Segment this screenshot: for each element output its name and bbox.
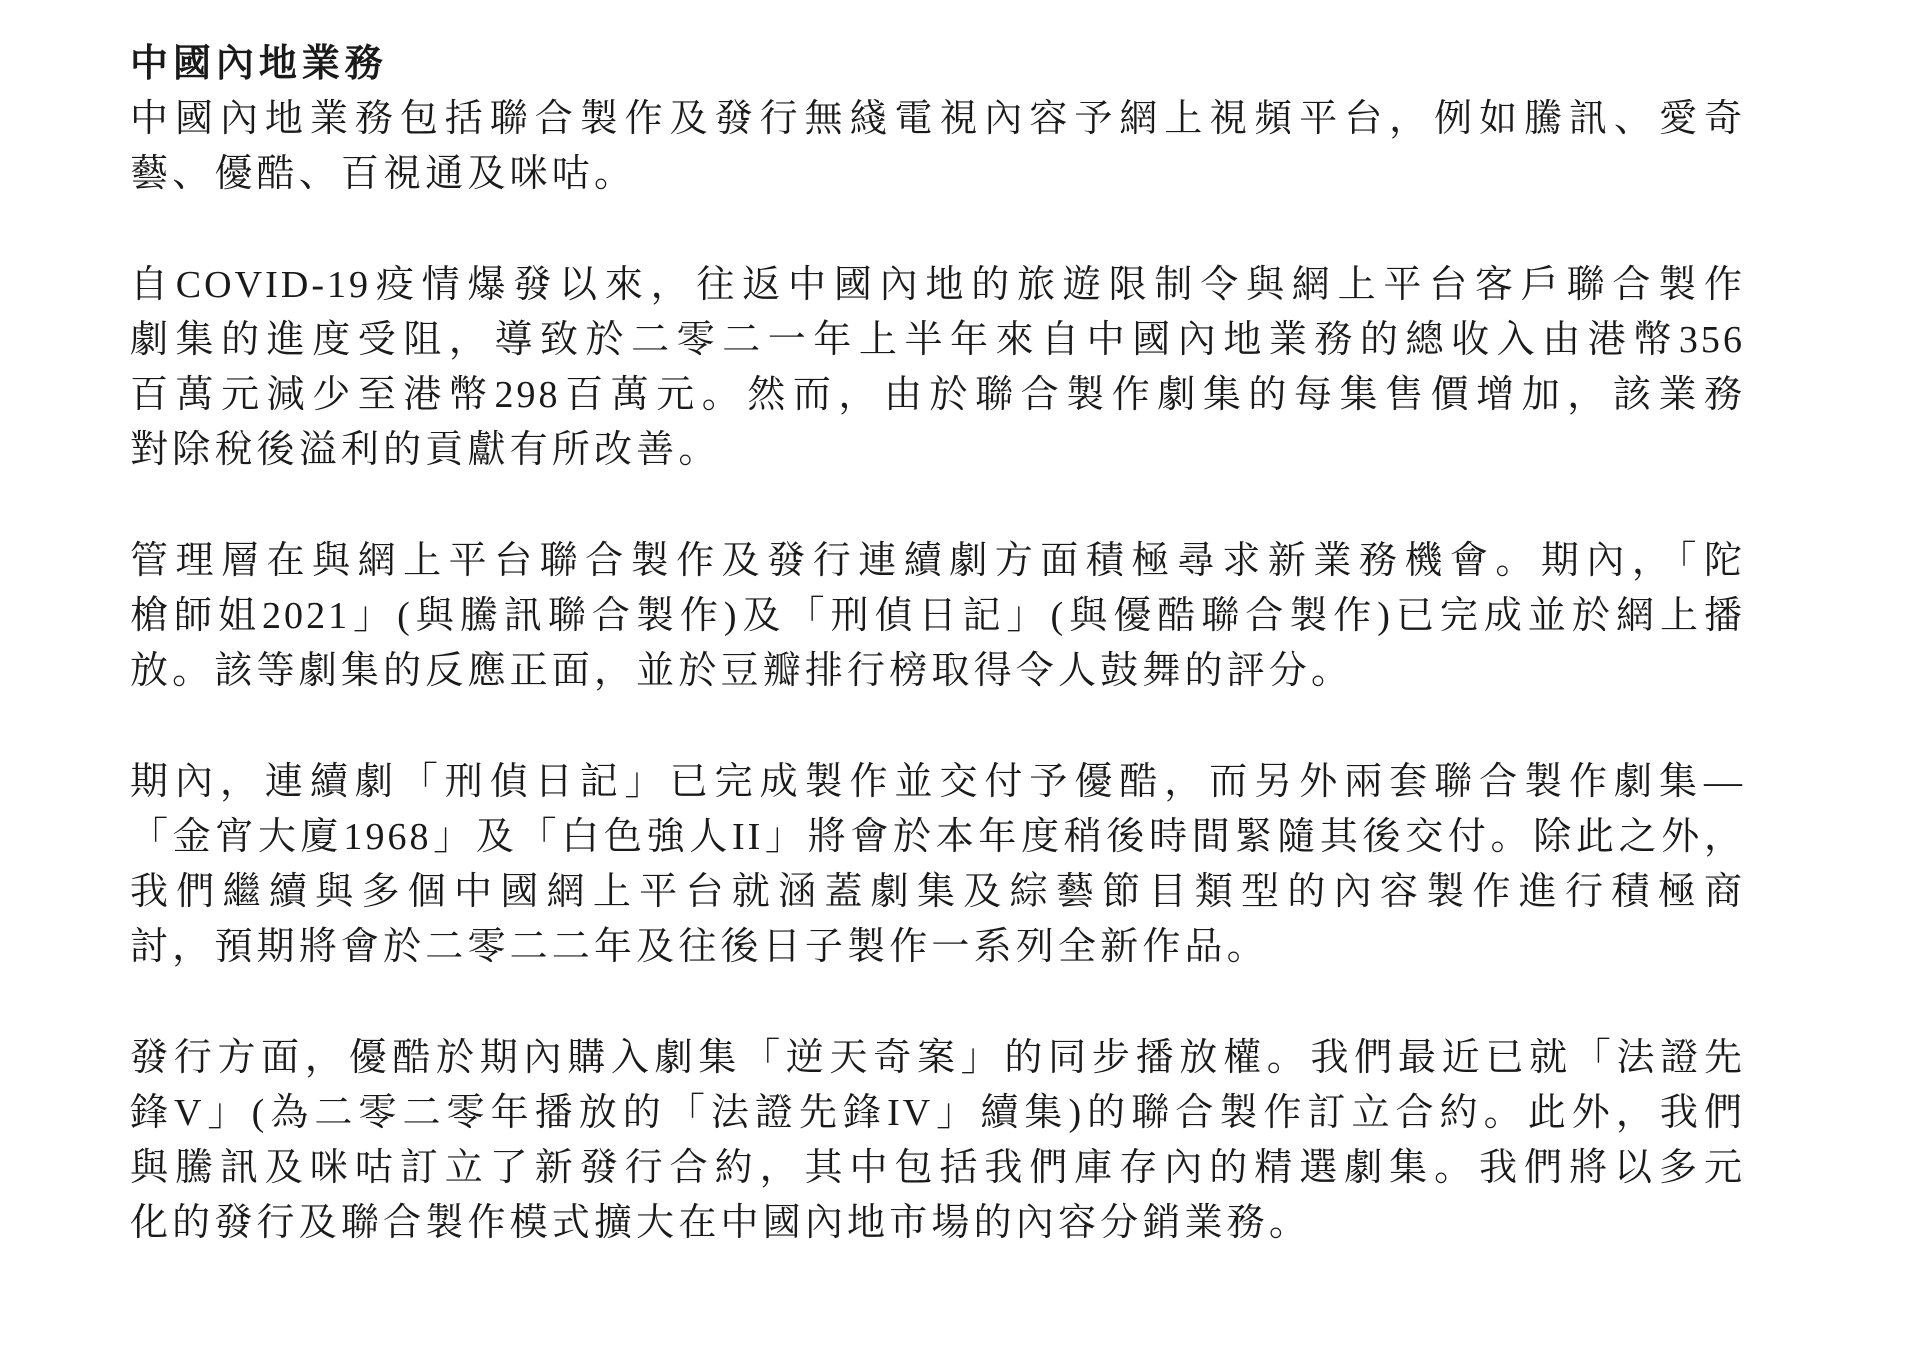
text-line: 藝、優酷、百視通及咪咕。 [130,147,1745,202]
text-line: 期內，連續劇「刑偵日記」已完成製作並交付予優酷，而另外兩套聯合製作劇集— [130,755,1745,810]
text-line: 自COVID-19疫情爆發以來，往返中國內地的旅遊限制令與網上平台客戶聯合製作 [130,258,1745,313]
text-line: 百萬元減少至港幣298百萬元。然而，由於聯合製作劇集的每集售價增加，該業務 [130,368,1745,423]
text-line: 發行方面，優酷於期內購入劇集「逆天奇案」的同步播放權。我們最近已就「法證先 [130,1031,1745,1086]
text-line: 對除稅後溢利的貢獻有所改善。 [130,423,1745,478]
paragraph-covid-impact: 自COVID-19疫情爆發以來，往返中國內地的旅遊限制令與網上平台客戶聯合製作 … [130,258,1745,478]
text-line: 化的發行及聯合製作模式擴大在中國內地市場的內容分銷業務。 [130,1196,1745,1251]
paragraph-distribution: 發行方面，優酷於期內購入劇集「逆天奇案」的同步播放權。我們最近已就「法證先 鋒V… [130,1031,1745,1251]
document-page: 中國內地業務 中國內地業務包括聯合製作及發行無綫電視內容予網上視頻平台，例如騰訊… [130,36,1745,1251]
text-line: 劇集的進度受阻，導致於二零二一年上半年來自中國內地業務的總收入由港幣356 [130,313,1745,368]
text-line: 我們繼續與多個中國網上平台就涵蓋劇集及綜藝節目類型的內容製作進行積極商 [130,865,1745,920]
text-line: 與騰訊及咪咕訂立了新發行合約，其中包括我們庫存內的精選劇集。我們將以多元 [130,1141,1745,1196]
paragraph-upcoming-deliveries: 期內，連續劇「刑偵日記」已完成製作並交付予優酷，而另外兩套聯合製作劇集— 「金宵… [130,755,1745,975]
text-line: 中國內地業務包括聯合製作及發行無綫電視內容予網上視頻平台，例如騰訊、愛奇 [130,92,1745,147]
text-line: 槍師姐2021」(與騰訊聯合製作)及「刑偵日記」(與優酷聯合製作)已完成並於網上… [130,589,1745,644]
text-line: 放。該等劇集的反應正面，並於豆瓣排行榜取得令人鼓舞的評分。 [130,644,1745,699]
text-line: 討，預期將會於二零二二年及往後日子製作一系列全新作品。 [130,920,1745,975]
paragraph-mainland-business-intro: 中國內地業務包括聯合製作及發行無綫電視內容予網上視頻平台，例如騰訊、愛奇 藝、優… [130,92,1745,202]
text-line: 鋒V」(為二零二零年播放的「法證先鋒IV」續集)的聯合製作訂立合約。此外，我們 [130,1086,1745,1141]
section-heading: 中國內地業務 [130,36,1745,92]
text-line: 管理層在與網上平台聯合製作及發行連續劇方面積極尋求新業務機會。期內，「陀 [130,534,1745,589]
text-line: 「金宵大廈1968」及「白色強人II」將會於本年度稍後時間緊隨其後交付。除此之外… [130,810,1745,865]
paragraph-coproduction-dramas: 管理層在與網上平台聯合製作及發行連續劇方面積極尋求新業務機會。期內，「陀 槍師姐… [130,534,1745,699]
